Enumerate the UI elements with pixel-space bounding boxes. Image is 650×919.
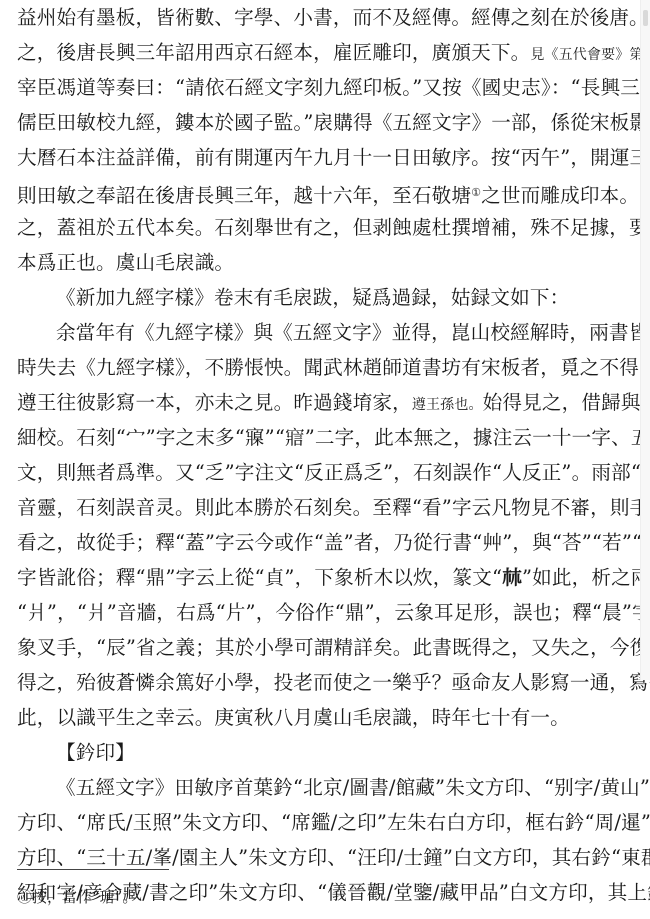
inline-note: 遵王孫也。 — [412, 397, 483, 413]
text-line-16: 看之，故從手；釋“蓋”字云今或作“盖”者，乃從行書“艸”，與“荅”“若”“著”等 — [17, 525, 627, 560]
text-line-15: 音靈，石刻誤音灵。則此本勝於石刻矣。至釋“看”字云凡物見不審，則手遮目 — [17, 490, 627, 525]
footnote: ①按，當作“瑭”。 — [17, 884, 137, 910]
inline-note: 見《五代會要》第八卷。 — [530, 47, 650, 63]
text-line-24: 方印、“席氏/玉照”朱文方印、“席鑑/之印”左朱右白方印，框右鈐“周/暹”白文 — [17, 805, 627, 840]
text-span: 字皆訛俗；釋“鼎”字云上從“貞”，下象析木以炊，篆文“ — [17, 566, 502, 589]
footnote-marker[interactable]: ① — [471, 186, 481, 199]
text-line-2: 之，後唐長興三年詔用西京石經本，雇匠雕印，廣頒天下。見《五代會要》第八卷。 — [17, 35, 627, 70]
text-line-20: 得之，殆彼蒼憐余篤好小學，投老而使之一樂乎？亟命友人影寫一通，寫畢述 — [17, 665, 627, 700]
text-span: 則田敏之奉詔在後唐長興三年，越十六年，至石敬塘 — [17, 184, 471, 207]
text-line-7: 之，蓋祖於五代本矣。石刻舉世有之，但剥蝕處杜撰增補，殊不足據，要必以此 — [17, 210, 627, 245]
text-line-10: 余當年有《九經字樣》與《五經文字》並得，崑山校經解時，兩書皆攜去，歸 — [17, 315, 627, 350]
text-line-4: 儒臣田敏校九經，鏤本於國子監。”扆購得《五經文字》一部，係從宋板影寫者，比 — [17, 105, 627, 140]
text-line-5: 大曆石本注益詳備，前有開運丙午九月十一日田敏序。按“丙午”，開運三年也。 — [17, 140, 627, 175]
text-line-6: 則田敏之奉詔在後唐長興三年，越十六年，至石敬塘①之世而雕成印本。由此觀 — [17, 175, 627, 210]
text-span: ”如此，析之兩向，左爲 — [522, 566, 650, 589]
text-span: 之，後唐長興三年詔用西京石經本，雇匠雕印，廣頒天下。 — [17, 41, 530, 64]
text-line-18: “爿”，“爿”音牆，右爲“片”，今俗作“鼎”，云象耳足形，誤也；釋“晨”字云從臼… — [17, 595, 627, 630]
paragraph-intro: 《新加九經字樣》卷末有毛扆跋，疑爲過録，姑録文如下： — [17, 280, 627, 315]
section-heading-seals: 【鈐印】 — [17, 735, 627, 770]
scrollbar-thumb[interactable] — [643, 10, 648, 26]
text-line-11: 時失去《九經字樣》，不勝悵怏。聞武林趙師道書坊有宋板者，覓之不得，後聞錢 — [17, 350, 627, 385]
text-line-1: 益州始有墨板，皆術數、字學、小書，而不及經傳。經傳之刻在於後唐。”自後考 — [17, 0, 627, 35]
text-line-21: 此，以識平生之幸云。庚寅秋八月虞山毛扆識，時年七十有一。 — [17, 700, 627, 735]
text-line-8: 本爲正也。虞山毛扆識。 — [17, 245, 627, 280]
text-line-17: 字皆訛俗；釋“鼎”字云上從“貞”，下象析木以炊，篆文“𣏟”如此，析之兩向，左爲 — [17, 560, 627, 595]
text-line-23: 《五經文字》田敏序首葉鈐“北京/圖書/館藏”朱文方印、“别字/黄山”白文 — [17, 770, 627, 805]
text-line-14: 文，則無者爲準。又“乏”字注文“反正爲乏”，石刻誤作“人反正”。雨部“霝”字 — [17, 455, 627, 490]
scrollbar[interactable] — [640, 0, 650, 680]
text-span: 遵王往彼影寫一本，亦未之見。昨過錢堉家， — [17, 391, 412, 414]
text-line-12: 遵王往彼影寫一本，亦未之見。昨過錢堉家，遵王孫也。始得見之，借歸與石刻 — [17, 385, 627, 420]
seal-script-glyph-icon: 𣏟 — [502, 566, 522, 589]
text-line-19: 象叉手，“辰”省之義；其於小學可謂精詳矣。此書既得之，又失之，今復宛轉而 — [17, 630, 627, 665]
document-page: 益州始有墨板，皆術數、字學、小書，而不及經傳。經傳之刻在於後唐。”自後考 之，後… — [17, 0, 627, 910]
text-span: 之世而雕成印本。由此觀 — [481, 184, 650, 207]
text-line-3: 宰臣馮道等奏曰：“請依石經文字刻九經印板。”又按《國史志》：“長興三年，詔 — [17, 70, 627, 105]
footnote-divider — [17, 869, 169, 870]
text-span: 始得見之，借歸與石刻 — [483, 391, 650, 414]
text-line-13: 細校。石刻“宀”字之末多“寱”“寣”二字，此本無之，據注云一十一字、五字重 — [17, 420, 627, 455]
